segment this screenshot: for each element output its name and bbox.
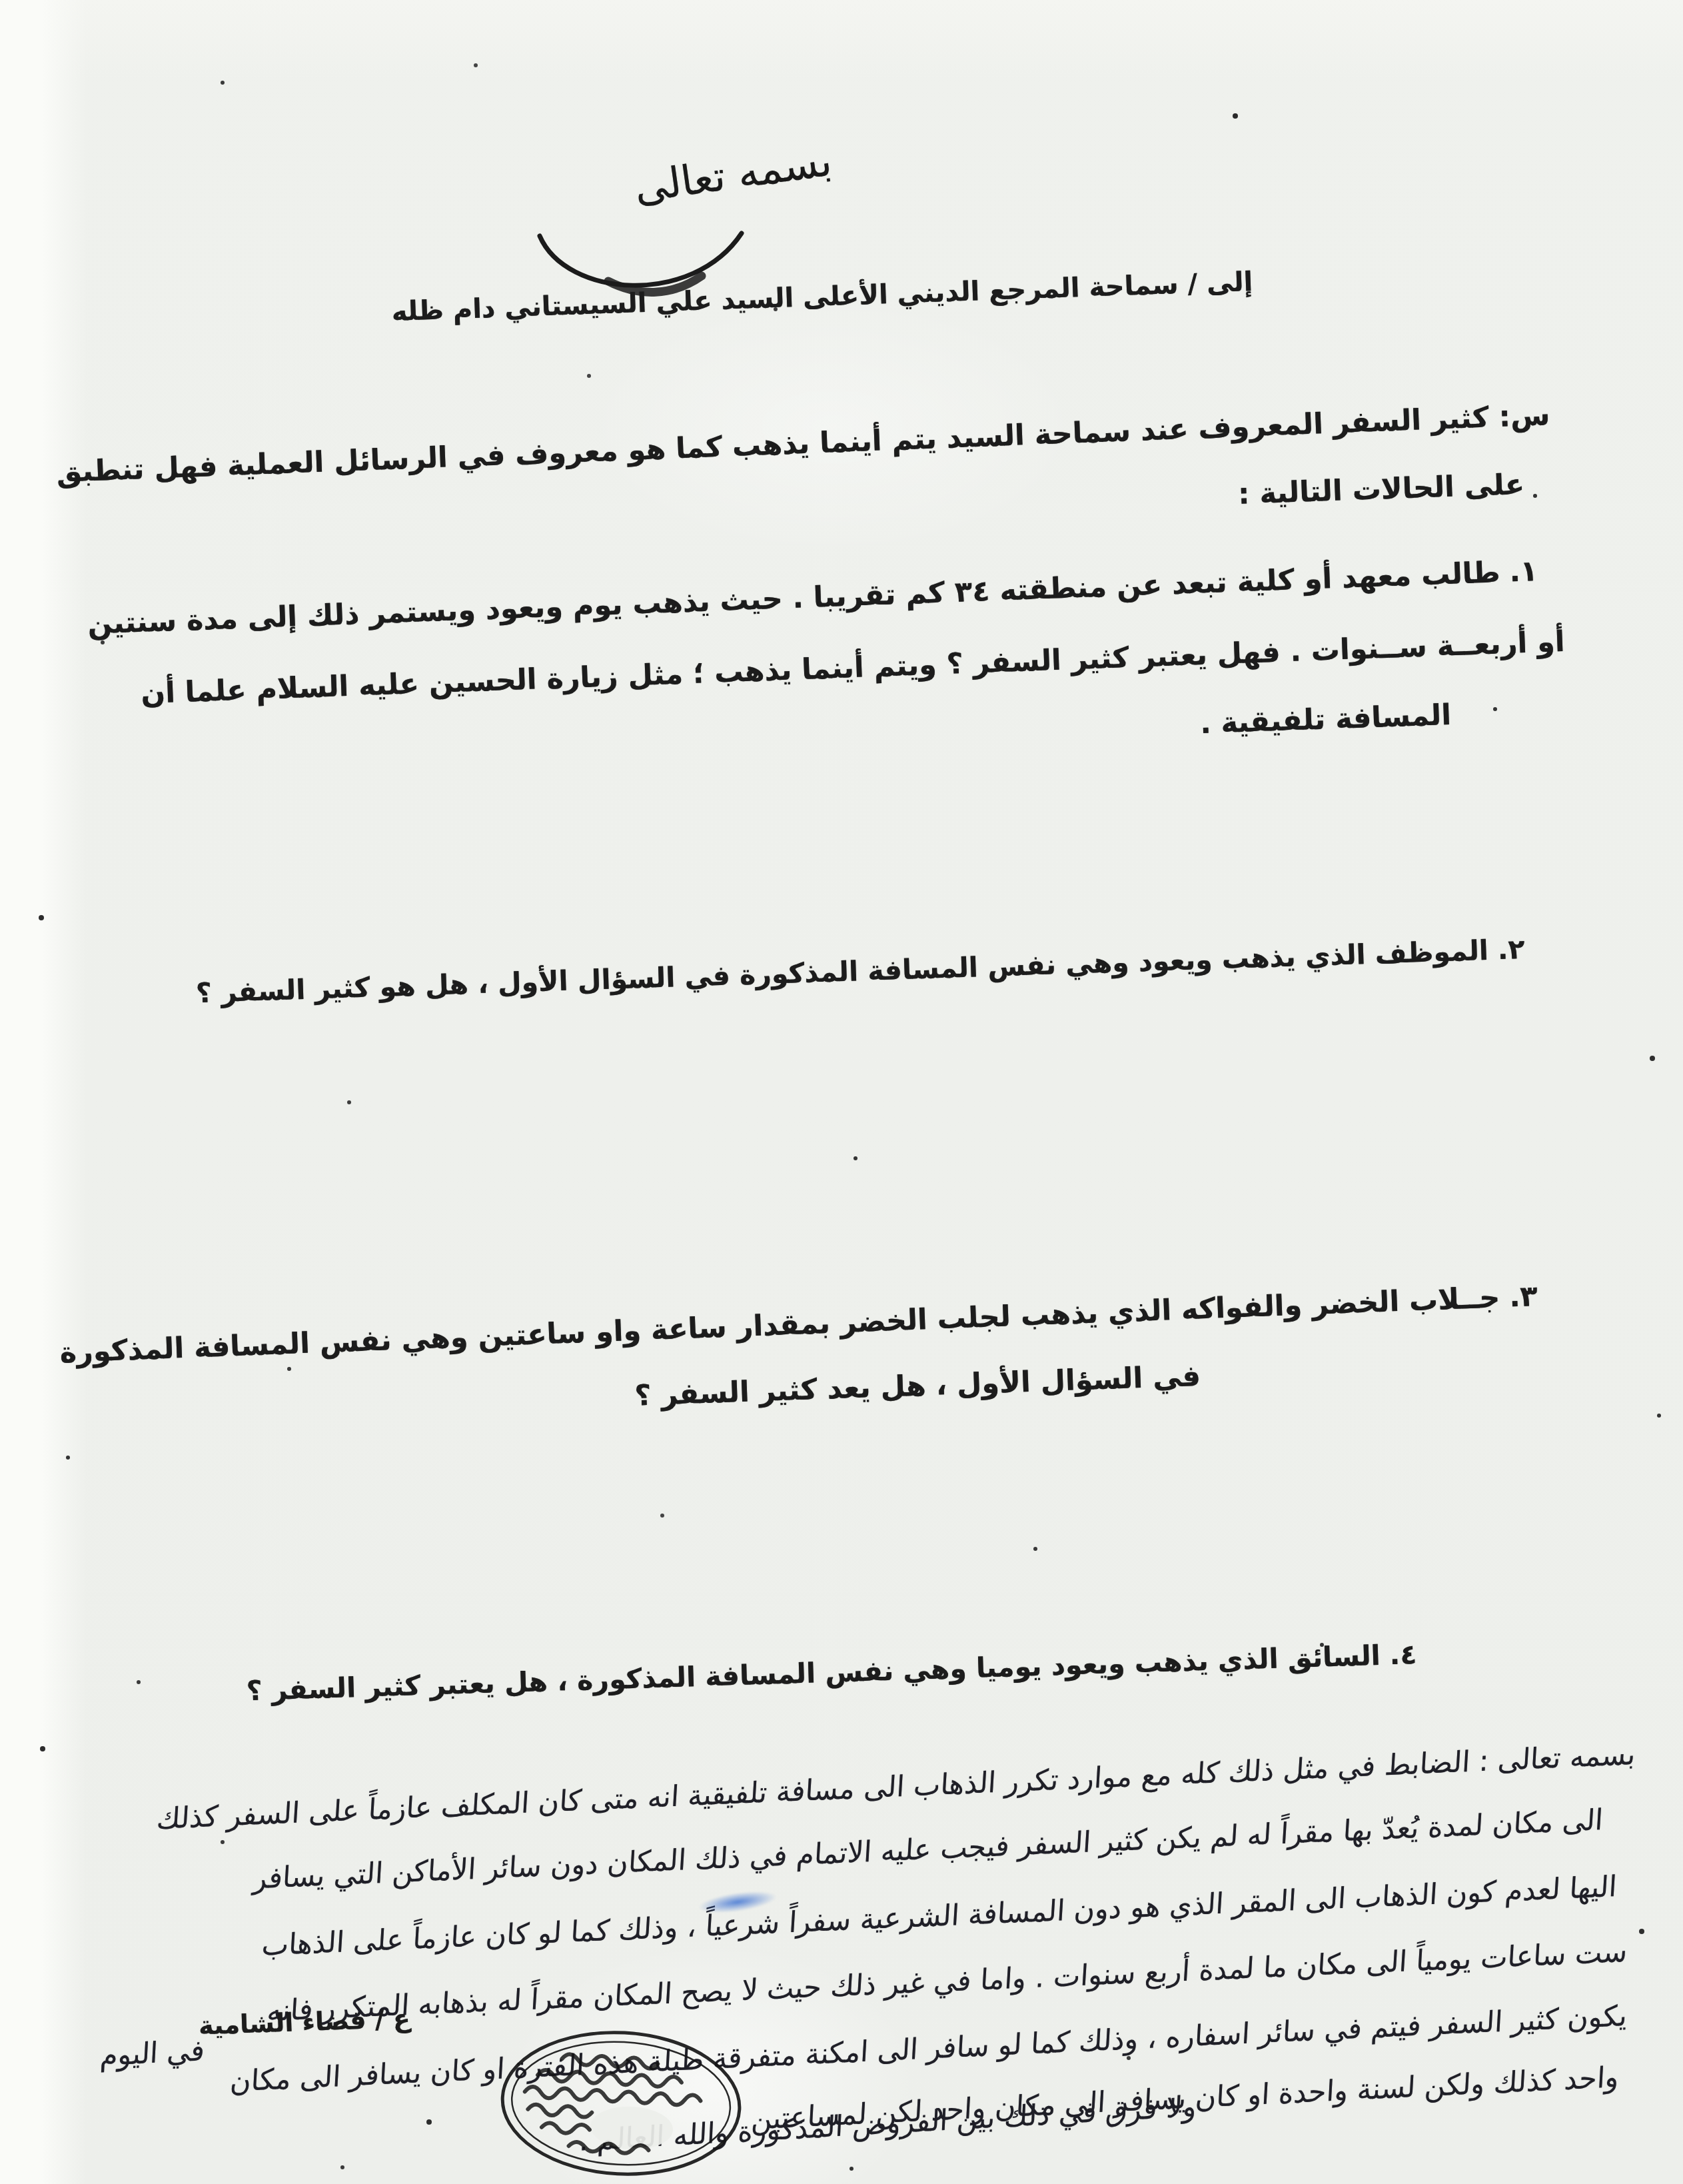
- case-2-number: ٢.: [1488, 933, 1525, 966]
- case-3-text-1: جــلاب الخضر والفواكه الذي يذهب لجلب الخ…: [59, 1281, 1501, 1370]
- case-1-text-1: طالب معهد أو كلية تبعد عن منطقته ٣٤ كم ت…: [87, 556, 1501, 641]
- case-1-line-1: ١.طالب معهد أو كلية تبعد عن منطقته ٣٤ كم…: [87, 554, 1538, 641]
- case-1-line-2: أو أربعــة ســنوات . فهل يعتبر كثير السف…: [140, 625, 1565, 710]
- office-seal-stamp: [492, 2021, 750, 2184]
- scan-noise-specks: [0, 0, 3, 3]
- case-1-line-3: المسافة تلفيقية .: [1199, 698, 1451, 740]
- case-1-text-2: أو أربعــة ســنوات . فهل يعتبر كثير السف…: [140, 625, 1565, 710]
- addressee-line: إلى / سماحة المرجع الديني الأعلى السيد ع…: [391, 267, 1253, 327]
- question-intro-text-2: على الحالات التالية :: [1237, 468, 1525, 511]
- answer-fragment-text: في اليوم: [99, 2034, 205, 2073]
- case-3-number: ٣.: [1499, 1280, 1538, 1314]
- basmala-text: بسمه تعالى: [631, 137, 834, 213]
- case-1-number: ١.: [1500, 554, 1538, 589]
- answer-line-6-fragment: في اليوم: [99, 2034, 205, 2073]
- case-1-text-3: المسافة تلفيقية .: [1199, 698, 1451, 740]
- basmala-calligraphy: بسمه تعالى: [584, 130, 881, 219]
- case-2-text-1: الموظف الذي يذهب ويعود وهي نفس المسافة ا…: [195, 934, 1488, 1009]
- case-3-line-1: ٣.جــلاب الخضر والفواكه الذي يذهب لجلب ا…: [59, 1280, 1538, 1370]
- case-3-line-2: في السؤال الأول ، هل يعد كثير السفر ؟: [634, 1360, 1201, 1413]
- case-4-line-1: ٤.السائق الذي يذهب ويعود يوميا وهي نفس ا…: [246, 1638, 1417, 1707]
- footer-district-label: ع / قضاء الشامية: [198, 2003, 410, 2040]
- footer-district-text: ع / قضاء الشامية: [198, 2003, 410, 2040]
- case-4-text-1: السائق الذي يذهب ويعود يوميا وهي نفس الم…: [246, 1639, 1381, 1707]
- case-3-text-2: في السؤال الأول ، هل يعد كثير السفر ؟: [634, 1360, 1201, 1413]
- scanned-letter-page: بسمه تعالى إلى / سماحة المرجع الديني الأ…: [0, 0, 1683, 2184]
- addressee-text: إلى / سماحة المرجع الديني الأعلى السيد ع…: [391, 267, 1253, 327]
- question-intro-line-2: على الحالات التالية :: [1237, 468, 1525, 511]
- case-2-line-1: ٢.الموظف الذي يذهب ويعود وهي نفس المسافة…: [195, 933, 1525, 1009]
- case-4-number: ٤.: [1380, 1638, 1417, 1671]
